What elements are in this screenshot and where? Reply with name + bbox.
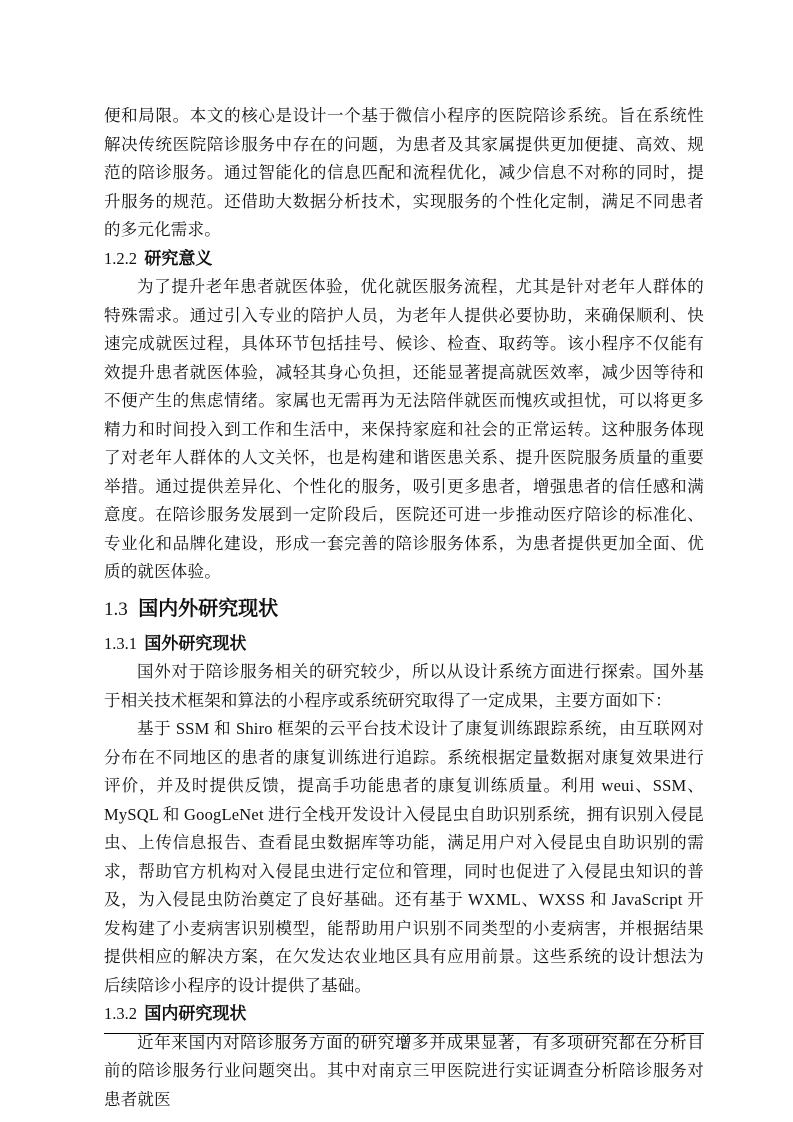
heading-1-2-2-number: 1.2.2 [104,249,137,268]
document-page: 便和局限。本文的核心是设计一个基于微信小程序的医院陪诊系统。旨在系统性解决传统医… [0,0,793,1122]
heading-1-3-label: 国内外研究现状 [138,598,278,620]
page-number: 2 [401,1036,408,1052]
heading-1-3-number: 1.3 [104,599,128,620]
heading-1-3: 1.3国内外研究现状 [104,593,704,626]
paragraph-foreign-research-intro: 国外对于陪诊服务相关的研究较少，所以从设计系统方面进行探索。国外基于相关技术框架… [104,658,704,715]
heading-1-3-2: 1.3.2国内研究现状 [104,1000,704,1029]
heading-1-3-2-number: 1.3.2 [104,1004,137,1023]
page-body: 便和局限。本文的核心是设计一个基于微信小程序的医院陪诊系统。旨在系统性解决传统医… [104,102,704,1114]
heading-1-3-1-number: 1.3.1 [104,634,137,653]
heading-1-3-2-label: 国内研究现状 [144,1004,246,1023]
heading-1-2-2-label: 研究意义 [144,249,212,268]
page-footer: 2 [104,1033,704,1053]
paragraph-continuation: 便和局限。本文的核心是设计一个基于微信小程序的医院陪诊系统。旨在系统性解决传统医… [104,102,704,245]
paragraph-research-significance: 为了提升老年患者就医体验，优化就医服务流程，尤其是针对老年人群体的特殊需求。通过… [104,273,704,587]
heading-1-2-2: 1.2.2研究意义 [104,245,704,274]
heading-1-3-1: 1.3.1国外研究现状 [104,630,704,659]
heading-1-3-1-label: 国外研究现状 [144,634,246,653]
paragraph-foreign-research-detail: 基于 SSM 和 Shiro 框架的云平台技术设计了康复训练跟踪系统，由互联网对… [104,715,704,1000]
